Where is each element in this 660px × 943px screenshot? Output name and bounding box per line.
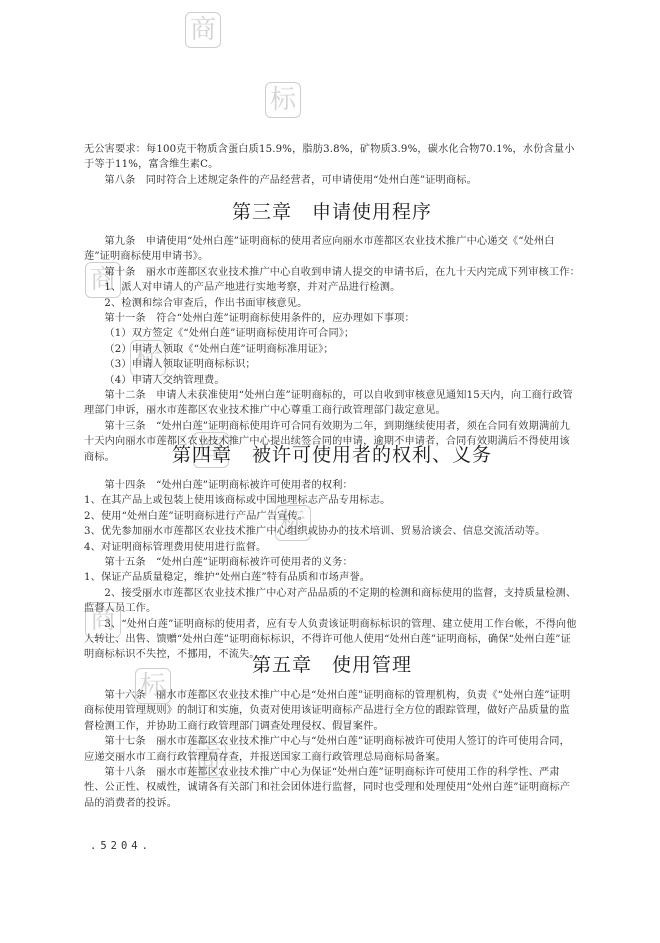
article-14-item-2: 2、使用“处州白莲”证明商标进行产品广告宣传。	[84, 509, 580, 524]
chapter-3-body: 第九条 申请使用“处州白莲”证明商标的使用者应向丽水市莲都区农业技术推广中心递交…	[84, 234, 580, 465]
chapter-4-title: 第四章 被许可使用者的权利、义务	[84, 440, 580, 467]
page-number: .5204.	[90, 840, 152, 852]
chapter-5-body: 第十六条 丽水市莲都区农业技术推广中心是“处州白莲”证明商标的管理机构，负责《“…	[84, 688, 580, 811]
chapter-4-body: 第十四条 “处州白莲”证明商标被许可使用者的权利： 1、在其产品上或包装上使用该…	[84, 478, 580, 663]
continuation-block: 无公害要求：每100克干物质含蛋白质15.9%，脂肪3.8%，矿物质3.9%，碳…	[84, 142, 580, 188]
article-14-item-1: 1、在其产品上或包装上使用该商标或中国地理标志产品专用标志。	[84, 493, 580, 508]
article-11-item-1: （1）双方签定《“处州白莲”证明商标使用许可合同》；	[84, 326, 580, 341]
quality-requirements-text: 无公害要求：每100克干物质含蛋白质15.9%，脂肪3.8%，矿物质3.9%，碳…	[84, 142, 580, 173]
article-11-item-2: （2）申请人领取《“处州白莲”证明商标准用证》；	[84, 342, 580, 357]
article-14-item-3: 3、优先参加丽水市莲都区农业技术推广中心组织或协办的技术培训、贸易洽谈会、信息交…	[84, 524, 580, 539]
article-10-item-1: 1、派人对申请人的产品产地进行实地考察，并对产品进行检测。	[84, 280, 580, 295]
document-page: 商标商标商标商标商 无公害要求：每100克干物质含蛋白质15.9%，脂肪3.8%…	[0, 0, 660, 943]
article-11-item-4: （4）申请人交纳管理费。	[84, 373, 580, 388]
article-8: 第八条 同时符合上述规定条件的产品经营者，可申请使用“处州白莲”证明商标。	[84, 173, 580, 188]
article-11: 第十一条 符合“处州白莲”证明商标使用条件的，应办理如下事项：	[84, 311, 580, 326]
article-14: 第十四条 “处州白莲”证明商标被许可使用者的权利：	[84, 478, 580, 493]
article-9: 第九条 申请使用“处州白莲”证明商标的使用者应向丽水市莲都区农业技术推广中心递交…	[84, 234, 580, 265]
article-15-item-2: 2、接受丽水市莲都区农业技术推广中心对产品品质的不定期的检测和商标使用的监督，支…	[84, 586, 580, 617]
article-15-item-1: 1、保证产品质量稳定，维护“处州白莲”特有品质和市场声誉。	[84, 570, 580, 585]
chapter-5-title: 第五章 使用管理	[84, 650, 580, 677]
watermark-stamp-icon: 标	[265, 82, 301, 118]
article-14-item-4: 4、对证明商标管理费用使用进行监督。	[84, 540, 580, 555]
watermark-stamp-icon: 商	[185, 12, 221, 48]
article-10: 第十条 丽水市莲都区农业技术推广中心自收到申请人提交的申请书后，在九十天内完成下…	[84, 265, 580, 280]
article-15: 第十五条 “处州白莲”证明商标被许可使用者的义务：	[84, 555, 580, 570]
article-16: 第十六条 丽水市莲都区农业技术推广中心是“处州白莲”证明商标的管理机构，负责《“…	[84, 688, 580, 734]
chapter-3-title: 第三章 申请使用程序	[84, 197, 580, 224]
article-17: 第十七条 丽水市莲都区农业技术推广中心与“处州白莲”证明商标被许可使用人签订的许…	[84, 734, 580, 765]
article-10-item-2: 2、检测和综合审查后，作出书面审核意见。	[84, 296, 580, 311]
article-12: 第十二条 申请人未获准使用“处州白莲”证明商标的，可以自收到审核意见通知15天内…	[84, 388, 580, 419]
article-11-item-3: （3）申请人领取证明商标标识；	[84, 357, 580, 372]
article-18: 第十八条 丽水市莲都区农业技术推广中心为保证“处州白莲”证明商标许可使用工作的科…	[84, 765, 580, 811]
